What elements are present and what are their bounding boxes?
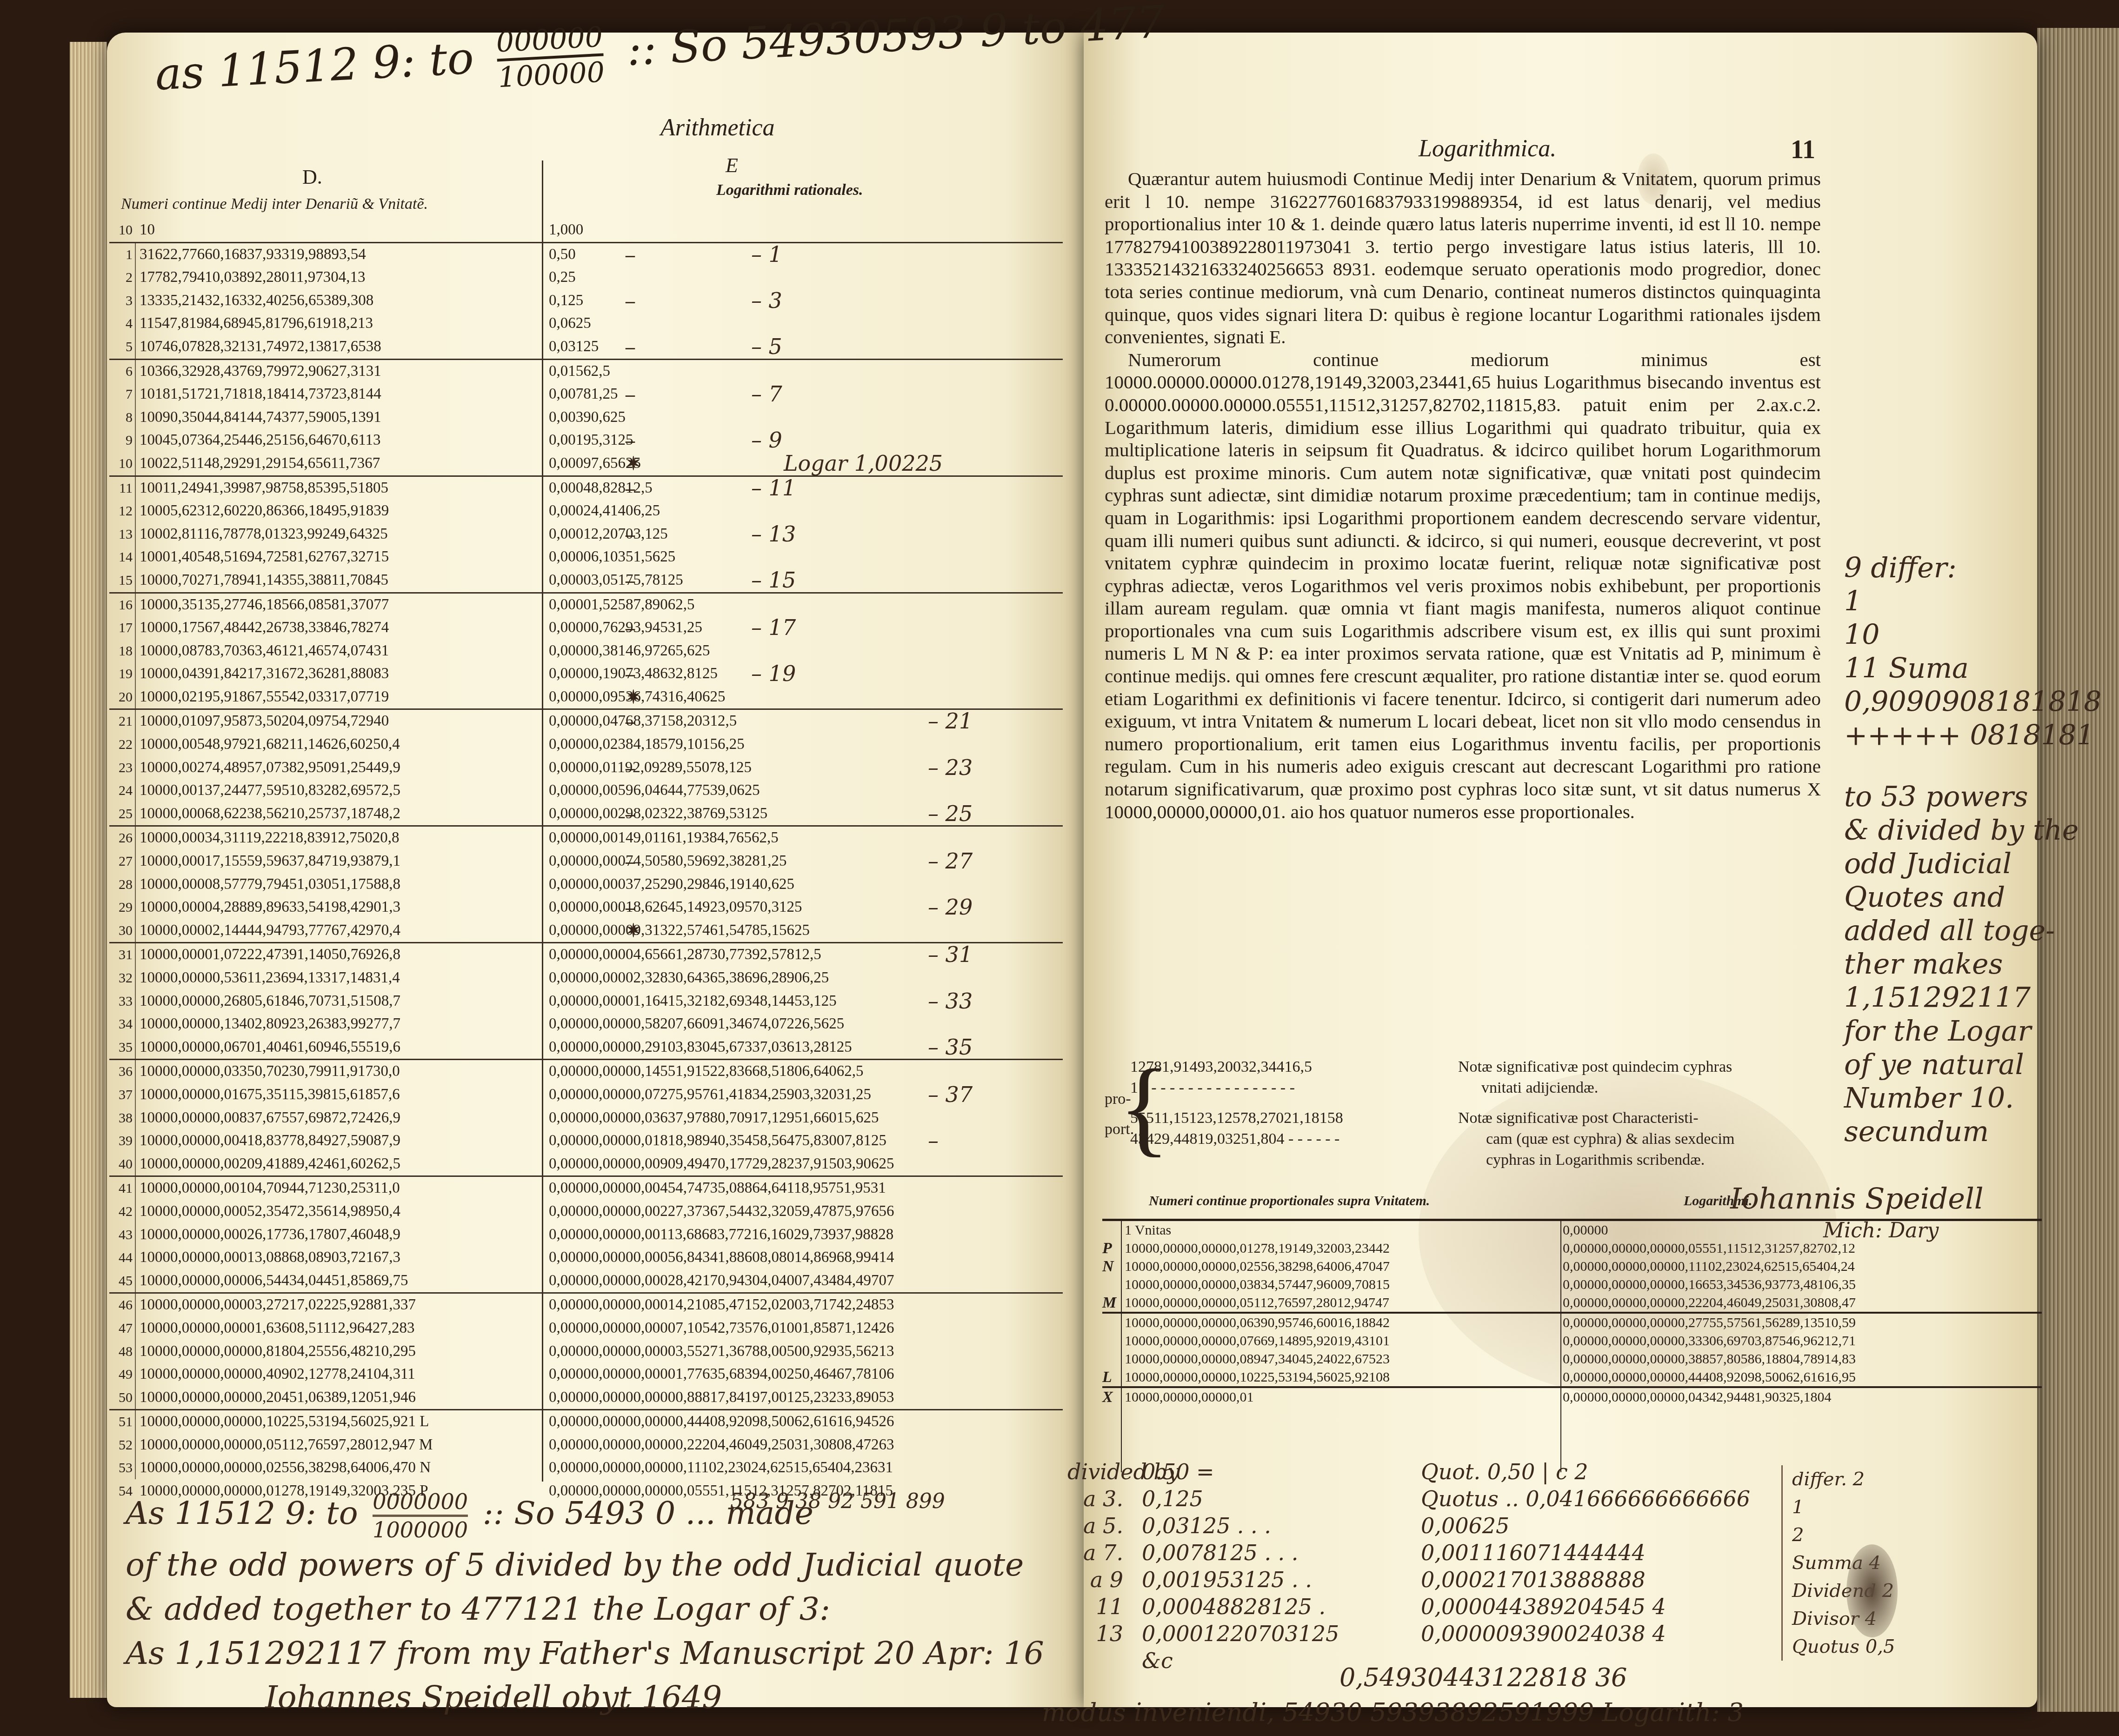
handwritten-odd-index: – 21 bbox=[928, 710, 973, 733]
margin-note-line: for the Logar bbox=[1844, 1015, 2102, 1048]
table-row: L10000,00000,00000,10225,53194,56025,921… bbox=[1102, 1368, 2042, 1388]
row-index: 42 bbox=[109, 1200, 133, 1223]
logarithm-value: 0,00000,00000,00000,11102,23024,62515,65… bbox=[549, 1456, 893, 1480]
logarithm-value: 0,00000,04768,37158,20312,5 bbox=[549, 710, 737, 733]
mean-proportional-value: 17782,79410,03892,28011,97304,13 bbox=[140, 266, 366, 289]
row-index: 28 bbox=[109, 873, 133, 896]
power-value: 0,00048828125 . bbox=[1142, 1593, 1402, 1620]
numbers-column-header: Numeri continue proportionales supra Vni… bbox=[1149, 1193, 1430, 1209]
row-index: 26 bbox=[109, 827, 133, 850]
margin-note-line: +++++ 0818181 bbox=[1844, 719, 2102, 752]
row-index: 6 bbox=[109, 360, 133, 383]
table-row: 2010000,02195,91867,55542,03317,07719✶0,… bbox=[109, 686, 1063, 710]
table-row: P10000,00000,00000,01278,19149,32003,234… bbox=[1102, 1239, 2042, 1257]
row-letter: N bbox=[1102, 1257, 1121, 1275]
row-index: 49 bbox=[109, 1363, 133, 1386]
logarithm-value: 0,00000,00000,00000,05551,11512,31257,82… bbox=[1563, 1239, 1855, 1257]
row-index: 47 bbox=[109, 1317, 133, 1340]
mean-proportional-value: 10000,00000,06701,40461,60946,55519,6 bbox=[140, 1036, 400, 1059]
handwritten-odd-index: – 19 bbox=[751, 662, 796, 686]
computation-row: 130,00012207031250,000009390024038 4 bbox=[1067, 1620, 1750, 1647]
column-d-title: Numeri continue Medij inter Denariũ & Vn… bbox=[121, 195, 428, 213]
differ-line: 2 bbox=[1792, 1521, 1895, 1549]
table-row: 910045,07364,25446,25156,64670,6113–0,00… bbox=[109, 429, 1063, 452]
row-index: 35 bbox=[109, 1036, 133, 1059]
logarithm-value: 0,00000,00000,00000,11102,23024,62515,65… bbox=[1563, 1257, 1855, 1275]
table-row: 2910000,00004,28889,89633,54198,42901,3–… bbox=[109, 896, 1063, 919]
logarithm-value: 0,00195,3125 bbox=[549, 429, 633, 452]
logarithm-value: 0,03125 bbox=[549, 335, 599, 359]
table-row: 3410000,00000,13402,80923,26383,99277,70… bbox=[109, 1013, 1063, 1036]
table-row: 1810000,08783,70363,46121,46574,074310,0… bbox=[109, 640, 1063, 663]
margin-note-line: Quotes and bbox=[1844, 881, 2102, 914]
row-index: 11 bbox=[109, 477, 133, 500]
margin-note-line: & divided by the bbox=[1844, 814, 2102, 847]
row-index: 1 bbox=[109, 243, 133, 267]
logarithm-value: 0,00000,00000,00007,10542,73576,01001,85… bbox=[549, 1317, 894, 1340]
table-row: 10101,000 bbox=[109, 219, 1063, 243]
quotient-sum: 0,54930443122818 36 bbox=[1339, 1663, 1627, 1692]
mean-proportional-value: 10000,17567,48442,26738,33846,78274 bbox=[140, 616, 389, 640]
mean-proportional-value: 13335,21432,16332,40256,65389,308 bbox=[140, 289, 373, 313]
left-running-head: Arithmetica bbox=[660, 114, 775, 141]
table-row: 610366,32928,43769,79972,90627,31310,015… bbox=[109, 360, 1063, 383]
row-index: 36 bbox=[109, 1060, 133, 1083]
mean-proportional-value: 10000,00000,00837,67557,69872,72426,9 bbox=[140, 1107, 400, 1130]
margin-note-line: 1 bbox=[1844, 585, 2102, 618]
mean-proportional-value: 10366,32928,43769,79972,90627,3131 bbox=[140, 360, 381, 383]
mean-proportional-value: 10000,00004,28889,89633,54198,42901,3 bbox=[140, 896, 400, 919]
logarithm-value: 0,00000,00000,00000,44408,92098,50062,61… bbox=[1563, 1368, 1856, 1386]
logarithm-value: 0,00000,00004,65661,28730,77392,57812,5 bbox=[549, 943, 821, 967]
logarithm-value: 0,00000,00001,16415,32182,69348,14453,12… bbox=[549, 990, 837, 1013]
table-row: 4110000,00000,00104,70944,71230,25311,00… bbox=[109, 1177, 1063, 1200]
mean-proportional-value: 10000,00002,14444,94793,77767,42970,4 bbox=[140, 919, 400, 942]
column-d-letter: D. bbox=[302, 165, 322, 189]
row-index: 39 bbox=[109, 1129, 133, 1153]
divisor-label: 11 bbox=[1067, 1593, 1123, 1620]
power-value: 0,0078125 . . . bbox=[1142, 1539, 1402, 1566]
proportion-value: 43429,44819,03251,804 - - - - - - bbox=[1130, 1130, 1339, 1148]
computation-row: 110,00048828125 .0,000044389204545 4 bbox=[1067, 1593, 1750, 1620]
table-row: 1510000,70271,78941,14355,38811,70845–0,… bbox=[109, 569, 1063, 594]
logarithm-value: 0,00000,00000,00000,22204,46049,25031,30… bbox=[549, 1434, 894, 1457]
mean-proportional-value: 10000,00137,24477,59510,83282,69572,5 bbox=[140, 779, 400, 802]
logarithm-value: 0,00000,00000,00000,27755,57561,56289,13… bbox=[1563, 1314, 1856, 1332]
note-numerator: 0000000 bbox=[373, 1489, 468, 1517]
row-index: 37 bbox=[109, 1083, 133, 1107]
row-index: 12 bbox=[109, 500, 133, 523]
row-index: 9 bbox=[109, 429, 133, 452]
mean-proportional-value: 10000,00017,15559,59637,84719,93879,1 bbox=[140, 850, 400, 873]
power-value: 0.50 = bbox=[1142, 1458, 1402, 1485]
divisor-label: a 7. bbox=[1067, 1539, 1123, 1566]
row-index: 53 bbox=[109, 1456, 133, 1480]
mean-proportional-value: 10002,81116,78778,01323,99249,64325 bbox=[140, 523, 388, 546]
table-row: 4410000,00000,00013,08868,08903,72167,30… bbox=[109, 1246, 1063, 1269]
table-row: 3310000,00000,26805,61846,70731,51508,70… bbox=[109, 990, 1063, 1013]
logarithm-value: 0,00000,00000,00014,21085,47152,02003,71… bbox=[549, 1294, 894, 1317]
row-index: 16 bbox=[109, 594, 133, 617]
mean-proportional-value: 10000,00000,53611,23694,13317,14831,4 bbox=[140, 967, 400, 990]
logarithm-value: 0,00000,09536,74316,40625 bbox=[549, 686, 726, 709]
logarithm-value: 0,00000,00000,01818,98940,35458,56475,83… bbox=[549, 1129, 886, 1153]
table-row: 4810000,00000,00000,81804,25556,48210,29… bbox=[109, 1340, 1063, 1363]
quotient-value: 0,001116071444444 bbox=[1421, 1539, 1646, 1566]
row-index: 22 bbox=[109, 733, 133, 756]
table-row: 1910000,04391,84217,31672,36281,88083–0,… bbox=[109, 662, 1063, 686]
row-index: 48 bbox=[109, 1340, 133, 1363]
margin-note-line: 1,151292117 bbox=[1844, 981, 2102, 1015]
mean-proportional-value: 10000,00000,26805,61846,70731,51508,7 bbox=[140, 990, 400, 1013]
mean-proportional-value: 10001,40548,51694,72581,62767,32715 bbox=[140, 546, 389, 569]
power-value: 0,125 bbox=[1142, 1485, 1402, 1512]
table-row: 5310000,00000,00000,02556,38298,64006,47… bbox=[109, 1456, 1063, 1480]
mean-proportional-value: 10000,08783,70363,46121,46574,07431 bbox=[140, 640, 389, 663]
table-row: 411547,81984,68945,81796,61918,2130,0625 bbox=[109, 312, 1063, 335]
margin-note-line: odd Judicial bbox=[1844, 847, 2102, 881]
logarithm-value: 0,00000,00000,07275,95761,41834,25903,32… bbox=[549, 1083, 871, 1107]
mean-proportional-value: 10005,62312,60220,86366,18495,91839 bbox=[140, 500, 389, 523]
row-index: 13 bbox=[109, 523, 133, 546]
logarithm-value: 0,00000,00000,00000,22204,46049,25031,30… bbox=[1563, 1294, 1856, 1312]
proportional-number: 10000,00000,00000,08947,34045,24022,6752… bbox=[1125, 1350, 1390, 1368]
handwritten-odd-index: – 7 bbox=[751, 383, 782, 406]
row-index: 10 bbox=[109, 219, 133, 242]
proportional-number: 10000,00000,00000,01278,19149,32003,2344… bbox=[1125, 1239, 1390, 1257]
logarithm-value: 0,00000,00000,00000,44408,92098,50062,61… bbox=[549, 1410, 894, 1434]
row-index: 43 bbox=[109, 1223, 133, 1247]
differ-line: 1 bbox=[1792, 1493, 1895, 1521]
column-e-title: Logarithmi rationales. bbox=[716, 181, 863, 199]
proportional-number: 1 Vnitas bbox=[1125, 1221, 1171, 1239]
logarithm-value: 0,00000,00000,00000,16653,34536,93773,48… bbox=[1563, 1275, 1856, 1294]
mean-proportional-value: 10000,00274,48957,07382,95091,25449,9 bbox=[140, 756, 400, 780]
table-row: 10000,00000,00000,07669,14895,92019,4310… bbox=[1102, 1332, 2042, 1350]
table-row: 2610000,00034,31119,22218,83912,75020,80… bbox=[109, 827, 1063, 850]
logarithm-value: 0,00000,00002,32830,64365,38696,28906,25 bbox=[549, 967, 829, 990]
mean-proportional-value: 10746,07828,32131,74972,13817,6538 bbox=[140, 335, 381, 359]
row-index: 38 bbox=[109, 1107, 133, 1130]
row-index: 46 bbox=[109, 1294, 133, 1317]
row-index: 44 bbox=[109, 1246, 133, 1269]
row-index: 15 bbox=[109, 569, 133, 592]
logarithm-value: 0,00000,00000,29103,83045,67337,03613,28… bbox=[549, 1036, 852, 1059]
mean-proportional-value: 10000,00548,97921,68211,14626,60250,4 bbox=[140, 733, 400, 756]
logarithm-value: 0,50 bbox=[549, 243, 576, 267]
table-row: 2110000,01097,95873,50204,09754,72940–0,… bbox=[109, 710, 1063, 733]
margin-mark: – bbox=[626, 383, 635, 406]
table-row: 1610000,35135,27746,18566,08581,370770,0… bbox=[109, 594, 1063, 617]
logarithm-value: 0,00024,41406,25 bbox=[549, 500, 660, 523]
top-note-denominator: 100000 bbox=[497, 56, 605, 94]
row-index: 5 bbox=[109, 335, 133, 359]
table-row: M10000,00000,00000,05112,76597,28012,947… bbox=[1102, 1294, 2042, 1314]
logarithm-value: 0,00000,00000,14551,91522,83668,51806,64… bbox=[549, 1060, 864, 1083]
table-row: 3510000,00000,06701,40461,60946,55519,60… bbox=[109, 1036, 1063, 1061]
power-value: 0,001953125 . . bbox=[1142, 1566, 1402, 1593]
handwritten-odd-index: – 17 bbox=[751, 616, 796, 640]
handwritten-odd-index: – 3 bbox=[751, 289, 782, 313]
note-fraction: 0000000 1000000 bbox=[373, 1489, 468, 1543]
quotient-value: 0,000044389204545 4 bbox=[1421, 1593, 1666, 1620]
row-index: 23 bbox=[109, 756, 133, 780]
top-note-prefix: as 11512 9: to bbox=[154, 33, 475, 100]
logarithm-value: 0,00000,00074,50580,59692,38281,25 bbox=[549, 850, 787, 873]
logarithm-value: 0,00781,25 bbox=[549, 383, 618, 406]
table-row: 313335,21432,16332,40256,65389,308–0,125… bbox=[109, 289, 1063, 313]
quotient-value: Quotus .. 0,041666666666666 bbox=[1421, 1485, 1750, 1512]
mean-proportional-value: 10000,02195,91867,55542,03317,07719 bbox=[140, 686, 389, 709]
handwritten-odd-index: – 25 bbox=[928, 802, 973, 826]
logarithm-value: 0,00000,00000,58207,66091,34674,07226,56… bbox=[549, 1013, 844, 1036]
row-index: 24 bbox=[109, 779, 133, 802]
logarithm-value: 0,00000,00149,01161,19384,76562,5 bbox=[549, 827, 779, 850]
mean-proportional-value: 31622,77660,16837,93319,98893,54 bbox=[140, 243, 366, 267]
handwritten-odd-index: – 23 bbox=[928, 756, 973, 780]
mean-proportional-value: 10011,24941,39987,98758,85395,51805 bbox=[140, 477, 388, 500]
table-row: 4610000,00000,00003,27217,02225,92881,33… bbox=[109, 1294, 1063, 1317]
table-row: 4510000,00000,00006,54434,04451,85869,75… bbox=[109, 1269, 1063, 1294]
table-row: 5210000,00000,00000,05112,76597,28012,94… bbox=[109, 1434, 1063, 1457]
top-note-numerator: 000000 bbox=[495, 20, 604, 61]
paragraph-1: Quærantur autem huiusmodi Continue Medij… bbox=[1105, 167, 1821, 348]
margin-mark: – bbox=[626, 289, 635, 313]
handwritten-odd-index: – 27 bbox=[928, 850, 973, 873]
row-index: 14 bbox=[109, 546, 133, 569]
logarithm-value: 0,00000,00000,00113,68683,77216,16029,73… bbox=[549, 1223, 893, 1247]
logarithm-value: 0,00000,00000,00454,74735,08864,64118,95… bbox=[549, 1177, 886, 1200]
mean-proportional-value: 10000,00000,00000,02556,38298,64006,470 … bbox=[140, 1456, 431, 1480]
mean-proportional-value: 10000,04391,84217,31672,36281,88083 bbox=[140, 662, 389, 686]
right-running-head: Logarithmica. bbox=[1419, 135, 1556, 162]
handwritten-odd-index: – 29 bbox=[928, 896, 973, 919]
row-index: 32 bbox=[109, 967, 133, 990]
row-index: 2 bbox=[109, 266, 133, 289]
table-row: 3110000,00001,07222,47391,14050,76926,80… bbox=[109, 943, 1063, 967]
logarithm-value: 0,00000,00000,00056,84341,88608,08014,86… bbox=[549, 1246, 894, 1269]
table-row: 217782,79410,03892,28011,97304,130,25 bbox=[109, 266, 1063, 289]
mean-proportional-value: 10000,00000,00000,10225,53194,56025,921 … bbox=[140, 1410, 429, 1434]
computation-row: a 7.0,0078125 . . .0,001116071444444 bbox=[1067, 1539, 1750, 1566]
table-row: 1 Vnitas0,00000 bbox=[1102, 1221, 2042, 1239]
row-index: 45 bbox=[109, 1269, 133, 1293]
logarithm-value: 0,125 bbox=[549, 289, 583, 313]
logarithm-value: 0,25 bbox=[549, 266, 576, 289]
modus-inveniendi-line: modus inveniendi, 54930 59393892591999 L… bbox=[1042, 1698, 1744, 1727]
mean-proportional-value: 10000,01097,95873,50204,09754,72940 bbox=[140, 710, 389, 733]
mean-proportional-value: 10000,00000,00052,35472,35614,98950,4 bbox=[140, 1200, 400, 1223]
table-row: 1210005,62312,60220,86366,18495,918390,0… bbox=[109, 500, 1063, 523]
margin-note-line: Number 10. bbox=[1844, 1082, 2102, 1115]
signature-speidell: Iohannis Speidell bbox=[1730, 1182, 1984, 1215]
mean-proportional-value: 10045,07364,25446,25156,64670,6113 bbox=[140, 429, 381, 452]
note-line-4: As 1,151292117 from my Father's Manuscri… bbox=[126, 1631, 1044, 1676]
handwritten-odd-index: – 31 bbox=[928, 943, 973, 967]
proportion-description: Notæ significativæ post quindecim cyphra… bbox=[1458, 1058, 1732, 1076]
note-line-1-prefix: As 11512 9: to bbox=[126, 1495, 358, 1532]
row-index: 33 bbox=[109, 990, 133, 1013]
table-row: 3010000,00002,14444,94793,77767,42970,4✶… bbox=[109, 919, 1063, 944]
logarithm-table: 10101,000131622,77660,16837,93319,98893,… bbox=[109, 219, 1063, 1503]
row-index: 21 bbox=[109, 710, 133, 733]
quotient-value: 0,000217013888888 bbox=[1421, 1566, 1646, 1593]
handwritten-odd-index: – 15 bbox=[751, 569, 796, 592]
logarithm-value: 0,00000,00000,00000,38857,80586,18804,78… bbox=[1563, 1350, 1856, 1368]
table-row: 2210000,00548,97921,68211,14626,60250,40… bbox=[109, 733, 1063, 756]
computation-row: a 3.0,125Quotus .. 0,041666666666666 bbox=[1067, 1485, 1750, 1512]
logarithm-value: 0,00001,52587,89062,5 bbox=[549, 594, 695, 617]
mean-proportional-value: 10000,00000,13402,80923,26383,99277,7 bbox=[140, 1013, 400, 1036]
proportional-number: 10000,00000,00000,05112,76597,28012,9474… bbox=[1125, 1294, 1389, 1312]
proportion-value: 12781,91493,20032,34416,5 bbox=[1130, 1058, 1312, 1076]
logarithm-value: 0,00000,00018,62645,14923,09570,3125 bbox=[549, 896, 802, 919]
table-row: 1310002,81116,78778,01323,99249,64325–0,… bbox=[109, 523, 1063, 546]
margin-note-line: added all toge- bbox=[1844, 914, 2102, 948]
table-row: 1110011,24941,39987,98758,85395,51805–0,… bbox=[109, 477, 1063, 500]
bottom-right-computation: divided by0.50 =Quot. 0,50 | c 2a 3.0,12… bbox=[1067, 1458, 1750, 1674]
handwritten-odd-index: – 11 bbox=[751, 477, 796, 500]
mean-proportional-value: 10000,00000,00026,17736,17807,46048,9 bbox=[140, 1223, 400, 1247]
table-row: X10000,00000,00000,010,00000,00000,00000… bbox=[1102, 1388, 2042, 1406]
handwritten-odd-index: – 5 bbox=[751, 335, 782, 359]
right-page-body-text: Quærantur autem huiusmodi Continue Medij… bbox=[1105, 167, 1821, 823]
table-row: 3210000,00000,53611,23694,13317,14831,40… bbox=[109, 967, 1063, 990]
mean-proportional-value: 10181,51721,71818,18414,73723,8144 bbox=[140, 383, 381, 406]
row-letter: M bbox=[1102, 1294, 1121, 1312]
row-index: 50 bbox=[109, 1386, 133, 1409]
note-line-3: & added together to 477121 the Logar of … bbox=[126, 1587, 1044, 1631]
mean-proportional-value: 10000,00000,00000,20451,06389,12051,946 bbox=[140, 1386, 416, 1409]
logarithm-value: 0,00000,00596,04644,77539,0625 bbox=[549, 779, 760, 802]
divisor-label: 13 bbox=[1067, 1620, 1123, 1647]
mean-proportional-value: 10000,00000,00418,83778,84927,59087,9 bbox=[140, 1129, 400, 1153]
row-index: 19 bbox=[109, 662, 133, 686]
row-letter: L bbox=[1102, 1368, 1121, 1386]
power-value: 0,0001220703125 bbox=[1142, 1620, 1402, 1647]
row-index: 8 bbox=[109, 406, 133, 429]
proportion-description: cam (quæ est cyphra) & alias sexdecim bbox=[1486, 1130, 1734, 1148]
margin-note-line: 10 bbox=[1844, 618, 2102, 652]
logarithm-value: 0,00000,01192,09289,55078,125 bbox=[549, 756, 752, 780]
logarithm-value: 1,000 bbox=[549, 219, 583, 242]
margin-mark: – bbox=[626, 243, 635, 267]
computation-row: a 5.0,03125 . . .0,00625 bbox=[1067, 1512, 1750, 1539]
logarithm-value: 0,00000,00000,00000,88817,84197,00125,23… bbox=[549, 1386, 894, 1409]
paragraph-2: Numerorum continue mediorum minimus est … bbox=[1105, 348, 1821, 823]
table-row: 2310000,00274,48957,07382,95091,25449,9–… bbox=[109, 756, 1063, 780]
computation-row: divided by0.50 =Quot. 0,50 | c 2 bbox=[1067, 1458, 1750, 1485]
table-row: 3610000,00000,03350,70230,79911,91730,00… bbox=[109, 1060, 1063, 1083]
margin-note-line: ther makes bbox=[1844, 948, 2102, 981]
proportion-value: 1 - - - - - - - - - - - - - - - - - bbox=[1130, 1079, 1295, 1097]
row-index: 41 bbox=[109, 1177, 133, 1200]
proportion-description: Notæ significativæ post Characteristi- bbox=[1458, 1109, 1699, 1127]
proportion-description: cyphras in Logarithmis scribendæ. bbox=[1486, 1151, 1705, 1169]
logarithm-value: 0,00000,00000,00227,37367,54432,32059,47… bbox=[549, 1200, 894, 1223]
differ-line: differ. 2 bbox=[1792, 1465, 1895, 1493]
row-index: 17 bbox=[109, 616, 133, 640]
ink-blot bbox=[1846, 1544, 1898, 1637]
proportion-value: 55511,15123,12578,27021,18158 bbox=[1130, 1109, 1343, 1127]
bottom-left-handwritten-note: 583 9 38 92 591 899 As 11512 9: to 00000… bbox=[126, 1489, 1044, 1720]
logarithm-value: 0,0625 bbox=[549, 312, 591, 335]
table-row: 2810000,00008,57779,79451,03051,17588,80… bbox=[109, 873, 1063, 896]
logarithm-value: 0,00006,10351,5625 bbox=[549, 546, 675, 569]
mean-proportional-value: 10000,00008,57779,79451,03051,17588,8 bbox=[140, 873, 400, 896]
logarithm-value: 0,00012,20703,125 bbox=[549, 523, 668, 546]
row-index: 29 bbox=[109, 896, 133, 919]
logarithm-value: 0,00000,00000,00909,49470,17729,28237,91… bbox=[549, 1153, 894, 1176]
handwritten-odd-index: – 13 bbox=[751, 523, 796, 546]
table-row: 2510000,00068,62238,56210,25737,18748,2–… bbox=[109, 802, 1063, 827]
handwritten-odd-index: Logar 1,00225 bbox=[784, 452, 943, 475]
mean-proportional-value: 11547,81984,68945,81796,61918,213 bbox=[140, 312, 373, 335]
logarithm-value: 0,00048,82812,5 bbox=[549, 477, 653, 500]
row-index: 40 bbox=[109, 1153, 133, 1176]
column-e-letter: E bbox=[726, 154, 738, 177]
row-index: 10 bbox=[109, 452, 133, 475]
logarithm-value: 0,00003,05175,78125 bbox=[549, 569, 683, 592]
logarithm-value: 0,00097,65625 bbox=[549, 452, 641, 475]
mean-proportional-value: 10000,00000,00001,63608,51112,96427,283 bbox=[140, 1317, 415, 1340]
table-row: 1010022,51148,29291,29154,65611,7367✶0,0… bbox=[109, 452, 1063, 477]
divisor-label: divided by bbox=[1067, 1458, 1123, 1485]
proportion-description: vnitati adijciendæ. bbox=[1481, 1079, 1598, 1097]
mean-proportional-value: 10000,00000,00003,27217,02225,92881,337 bbox=[140, 1294, 416, 1317]
table-row: 5010000,00000,00000,20451,06389,12051,94… bbox=[109, 1386, 1063, 1411]
row-letter: P bbox=[1102, 1239, 1121, 1257]
table-row: 10000,00000,00000,03834,57447,96009,7081… bbox=[1102, 1275, 2042, 1294]
table-row: 131622,77660,16837,93319,98893,54–0,50– … bbox=[109, 243, 1063, 267]
table-row: 4710000,00000,00001,63608,51112,96427,28… bbox=[109, 1317, 1063, 1340]
mean-proportional-value: 10000,00000,00209,41889,42461,60262,5 bbox=[140, 1153, 400, 1176]
logarithm-value: 0,00000,00000,00000,04342,94481,90325,18… bbox=[1563, 1388, 1832, 1406]
logarithm-value: 0,00000 bbox=[1563, 1221, 1608, 1239]
proportional-number: 10000,00000,00000,01 bbox=[1125, 1388, 1254, 1406]
divisor-label: a 5. bbox=[1067, 1512, 1123, 1539]
logarithm-value: 0,00000,02384,18579,10156,25 bbox=[549, 733, 745, 756]
margin-mark: – bbox=[626, 335, 635, 359]
table-row: 510746,07828,32131,74972,13817,6538–0,03… bbox=[109, 335, 1063, 360]
power-value: 0,03125 . . . bbox=[1142, 1512, 1402, 1539]
row-index: 52 bbox=[109, 1434, 133, 1457]
mean-proportional-value: 10000,00000,00104,70944,71230,25311,0 bbox=[140, 1177, 400, 1200]
margin-note-line: 9 differ: bbox=[1844, 551, 2102, 585]
handwritten-odd-index: – bbox=[928, 1129, 939, 1153]
margin-note-line: of ye natural bbox=[1844, 1048, 2102, 1082]
logarithm-value: 0,00000,00000,00003,55271,36788,00500,92… bbox=[549, 1340, 894, 1363]
logarithm-value: 0,00000,00000,00028,42170,94304,04007,43… bbox=[549, 1269, 894, 1293]
table-row: 10000,00000,00000,08947,34045,24022,6752… bbox=[1102, 1350, 2042, 1368]
proportional-number: 10000,00000,00000,10225,53194,56025,9210… bbox=[1125, 1368, 1390, 1386]
table-row: 5110000,00000,00000,10225,53194,56025,92… bbox=[109, 1410, 1063, 1434]
handwritten-odd-index: – 37 bbox=[928, 1083, 973, 1107]
table-row: 2410000,00137,24477,59510,83282,69572,50… bbox=[109, 779, 1063, 802]
mean-proportional-value: 10022,51148,29291,29154,65611,7367 bbox=[140, 452, 380, 475]
table-row: 810090,35044,84144,74377,59005,13910,003… bbox=[109, 406, 1063, 429]
quotient-value: 0,000009390024038 4 bbox=[1421, 1620, 1666, 1647]
note-line-2: of the odd powers of 5 divided by the od… bbox=[126, 1543, 1044, 1587]
table-row: 2710000,00017,15559,59637,84719,93879,1–… bbox=[109, 850, 1063, 873]
row-index: 27 bbox=[109, 850, 133, 873]
divisor-label bbox=[1067, 1647, 1123, 1674]
row-index: 31 bbox=[109, 943, 133, 967]
row-index: 3 bbox=[109, 289, 133, 313]
row-index: 25 bbox=[109, 802, 133, 826]
row-index: 18 bbox=[109, 640, 133, 663]
row-index: 34 bbox=[109, 1013, 133, 1036]
